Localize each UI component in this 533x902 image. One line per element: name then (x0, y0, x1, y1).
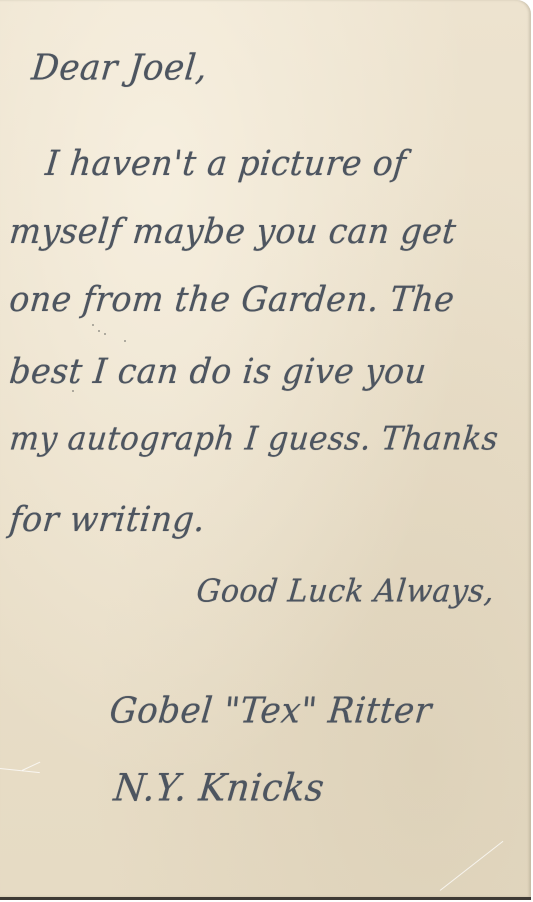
signature: Gobel "Tex" Ritter (108, 693, 433, 729)
ink-speck (98, 330, 100, 332)
salutation: Dear Joel, (30, 50, 209, 86)
body-line-1: I haven't a picture of (44, 145, 408, 180)
paper-crease (440, 841, 504, 891)
body-line-6: for writing. (8, 501, 207, 536)
ink-speck (92, 324, 94, 326)
ink-speck (124, 340, 126, 342)
closing: Good Luck Always, (195, 577, 496, 609)
letter-card: Dear Joel, I haven't a picture of myself… (0, 0, 531, 900)
body-line-4: best I can do is give you (8, 353, 428, 388)
team-name: N.Y. Knicks (112, 770, 326, 808)
paper-crease (0, 768, 40, 773)
body-line-5: my autograph I guess. Thanks (8, 423, 500, 456)
body-line-3: one from the Garden. The (8, 281, 456, 316)
ink-speck (104, 333, 106, 335)
paper-crease (22, 762, 41, 771)
body-line-2: myself maybe you can get (8, 213, 458, 248)
